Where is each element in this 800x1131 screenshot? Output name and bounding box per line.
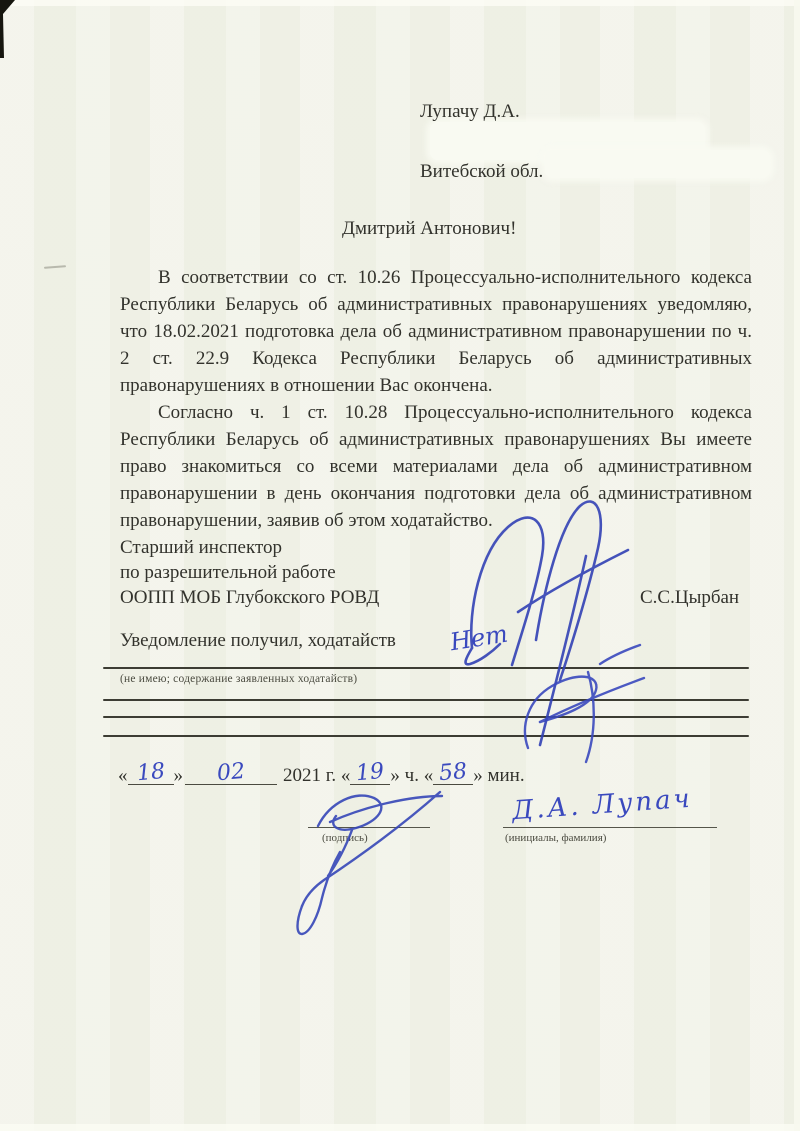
month-blank: 02 [185, 762, 277, 785]
ruled-line [103, 699, 749, 701]
quote-close: » [473, 765, 483, 786]
minute-blank: 58 [433, 762, 473, 785]
ruled-line [103, 716, 749, 718]
body-text: В соответствии со ст. 10.26 Процессуальн… [120, 264, 752, 534]
handwritten-day: 18 [135, 759, 165, 786]
addressee-name: Лупачу Д.А. [420, 100, 520, 124]
quote-open: « [341, 765, 351, 786]
signer-name: С.С.Цырбан [640, 586, 739, 610]
year-text: 2021 г. [283, 765, 336, 786]
hour-blank: 19 [350, 762, 390, 785]
scan-edge-right [794, 0, 800, 1131]
quote-close: » [390, 765, 400, 786]
signature-line-right [503, 827, 717, 828]
whiteout-patch [545, 150, 770, 178]
signature-caption-left: (подпись) [322, 832, 368, 844]
signer-position-line3: ООПП МОБ Глубокского РОВД [120, 586, 379, 610]
handwritten-month: 02 [216, 759, 246, 786]
pencil-mark [44, 265, 66, 269]
recipient-signature [298, 792, 443, 934]
handwritten-minute: 58 [438, 759, 468, 786]
quote-open: « [118, 765, 128, 786]
receipt-signature [525, 645, 644, 762]
scanned-document-page: Лупачу Д.А. Витебской обл. Дмитрий Антон… [0, 0, 800, 1131]
receipt-label: Уведомление получил, ходатайств [120, 629, 396, 653]
signer-position-line1: Старший инспектор [120, 536, 282, 560]
salutation: Дмитрий Антонович! [342, 217, 516, 241]
ruled-line [103, 667, 749, 669]
paragraph-1: В соответствии со ст. 10.26 Процессуальн… [120, 264, 752, 399]
minute-label: мин. [487, 765, 524, 786]
date-line: «18»022021 г. «19» ч. «58» мин. [118, 762, 525, 787]
handwritten-recipient-name: Д.А. Лупач [511, 784, 693, 827]
day-blank: 18 [128, 762, 174, 785]
handwritten-hour: 19 [355, 759, 385, 786]
receipt-hint: (не имею; содержание заявленных ходатайс… [120, 673, 357, 685]
paragraph-2: Согласно ч. 1 ст. 10.28 Процессуально-ис… [120, 399, 752, 534]
handwritten-answer: Нет [448, 620, 510, 657]
signer-position-line2: по разрешительной работе [120, 561, 336, 585]
quote-open: « [424, 765, 434, 786]
scan-edge-top [0, 0, 800, 6]
signature-line-left [308, 827, 430, 828]
quote-close: » [174, 765, 184, 786]
addressee-region: Витебской обл. [420, 160, 543, 184]
ruled-line [103, 735, 749, 737]
scan-edge-bottom [0, 1124, 800, 1131]
signature-caption-right: (инициалы, фамилия) [505, 832, 606, 844]
scan-corner-artifact [0, 0, 18, 58]
hour-label: ч. [405, 765, 419, 786]
